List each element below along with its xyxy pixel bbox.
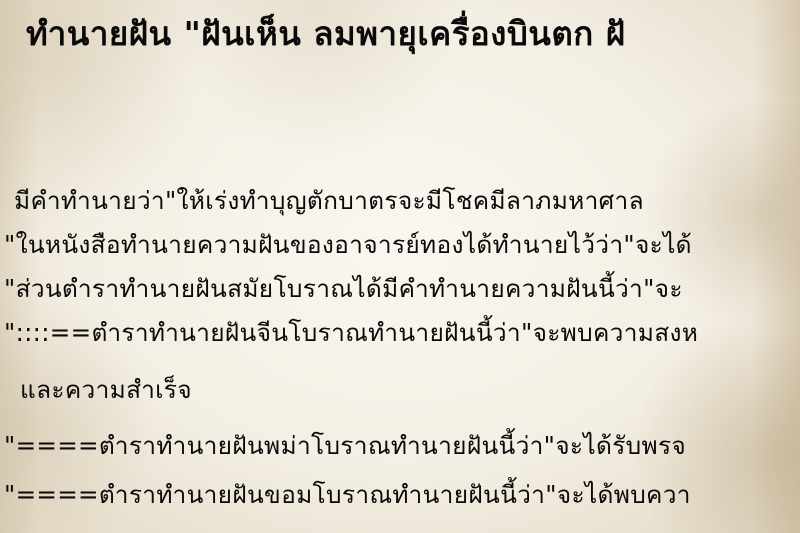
prediction-line-3: "ส่วนตำราทำนายฝันสมัยโบราณได้มีคำทำนายคว… — [4, 274, 683, 303]
prediction-line-6: "====ตำราทำนายฝันพม่าโบราณทำนายฝันนี้ว่า… — [4, 431, 686, 460]
prediction-line-5: และความสำเร็จ — [20, 375, 192, 404]
prediction-line-2: "ในหนังสือทำนายความฝันของอาจารย์ทองได้ทำ… — [4, 230, 692, 259]
prediction-line-4: "::::==ตำราทำนายฝันจีนโบราณทำนายฝันนี้ว่… — [4, 318, 698, 347]
prediction-line-7: "====ตำราทำนายฝันขอมโบราณทำนายฝันนี้ว่า"… — [4, 480, 691, 509]
prediction-line-1: มีคำทำนายว่า"ให้เร่งทำบุญตักบาตรจะมีโชคม… — [14, 186, 644, 215]
page-title: ทำนายฝัน "ฝันเห็น ลมพายุเครื่องบินตก ฝั — [26, 14, 626, 54]
